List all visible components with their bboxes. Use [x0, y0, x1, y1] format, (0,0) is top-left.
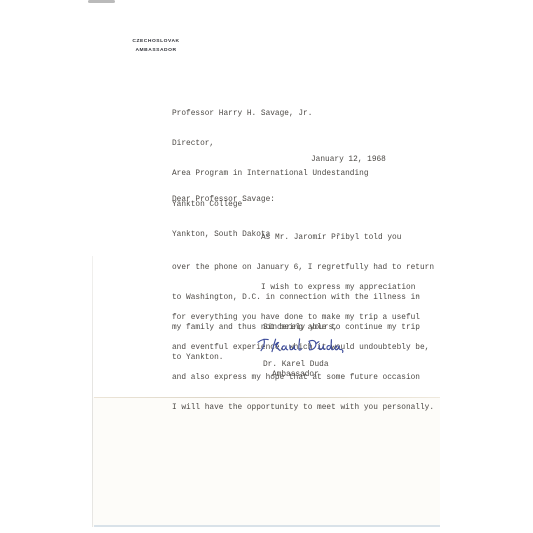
letterhead-line2: AMBASSADOR — [131, 46, 181, 55]
signer-title: Ambassador — [272, 370, 319, 380]
signer-name: Dr. Karel Duda — [263, 360, 329, 370]
date-line: January 12, 1968 — [311, 155, 386, 165]
body-line: As Mr. Jaromír Přibyl told you — [172, 233, 434, 243]
body-line: I wish to express my appreciation — [172, 283, 434, 293]
handwritten-signature — [256, 335, 348, 360]
signature-strokes — [258, 339, 343, 353]
salutation: Dear Professor Savage: — [172, 195, 275, 205]
scan-smudge-artifact — [88, 0, 115, 3]
recipient-title: Director, — [172, 139, 369, 149]
body-line: I will have the opportunity to meet with… — [172, 403, 434, 413]
paper-left-edge — [92, 256, 93, 527]
body-line: for everything you have done to make my … — [172, 313, 434, 323]
recipient-program: Area Program in International Undestandi… — [172, 169, 369, 179]
closing-line: Sincerely yours, — [263, 323, 338, 333]
letterhead-line1: CZECHOSLOVAK — [131, 37, 181, 46]
letterhead: CZECHOSLOVAK AMBASSADOR — [131, 37, 181, 55]
scanned-letter-page: CZECHOSLOVAK AMBASSADOR Professor Harry … — [0, 0, 533, 533]
recipient-name: Professor Harry H. Savage, Jr. — [172, 109, 369, 119]
lower-sheet-bottom-edge — [94, 525, 440, 527]
